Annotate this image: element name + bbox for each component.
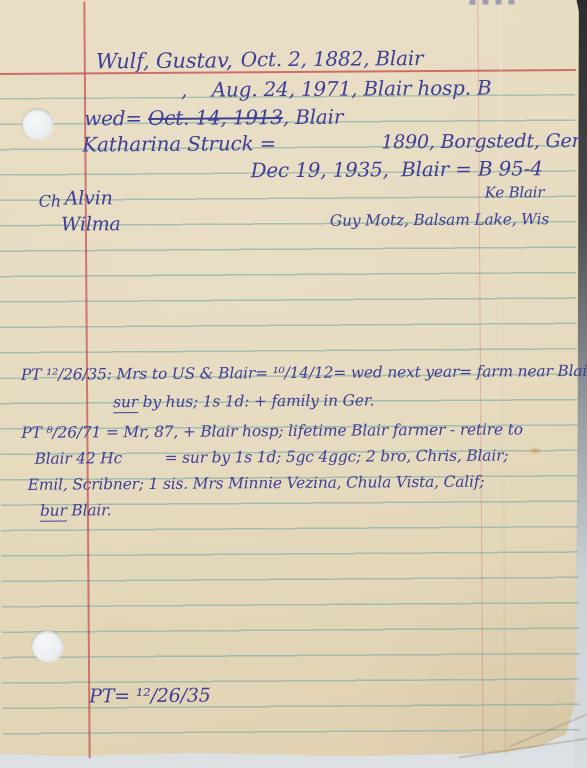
spouse-name: Katharina Struck =: [82, 131, 276, 156]
cut-off-ink-mark: [469, 0, 519, 5]
birth-date-place: Oct. 2, 1882, Blair: [241, 46, 424, 71]
spouse-death: Dec 19, 1935, Blair = B 95-4: [250, 156, 542, 182]
source-citation-footer: PT= ¹²/26/35: [89, 685, 211, 708]
note-text: Blair.: [67, 501, 112, 519]
obituary-note-2-line-3: Emil, Scribner; 1 sis. Mrs Minnie Vezina…: [28, 473, 485, 494]
spouse-birth: 1890, Borgstedt, Ger: [381, 130, 580, 153]
hole-punch-top: [22, 109, 53, 140]
marriage-line: wed= Oct. 14, 1913, Blair: [84, 105, 343, 131]
struck-marriage-date: Oct. 14, 1913: [148, 105, 283, 130]
obituary-note-2-line-2: Blair 42 Hc = sur by 1s 1d; 5gc 4ggc; 2 …: [34, 446, 508, 467]
obituary-note-1-line-2: sur by hus; 1s 1d: + family in Ger.: [113, 391, 374, 411]
scanned-genealogy-card: { "card": { "name": "Wulf, Gustav,", "bi…: [0, 0, 587, 768]
page-content: Wulf, Gustav, Oct. 2, 1882, Blair , Aug.…: [0, 0, 583, 762]
death-date-place: , Aug. 24, 1971, Blair hosp. B: [181, 76, 492, 102]
underlined-word: sur: [113, 393, 138, 413]
surname-given-name: Wulf, Gustav,: [96, 48, 233, 73]
underlined-word: bur: [40, 502, 67, 522]
hole-punch-bottom: [32, 631, 63, 662]
child-alvin-note: Ke Blair: [485, 183, 545, 201]
obituary-note-2-line-1: PT ⁸/26/71 = Mr, 87, + Blair hosp; lifet…: [21, 420, 523, 442]
child-name-alvin: Alvin: [65, 187, 113, 209]
child-name-wilma: Wilma: [61, 213, 121, 235]
obituary-note-2-line-4: bur Blair.: [40, 501, 112, 519]
paper-stain: [527, 446, 542, 455]
child-wilma-note: Guy Motz, Balsam Lake, Wis: [330, 210, 549, 230]
marriage-label: wed=: [84, 106, 148, 130]
note-text: by hus; 1s 1d: + family in Ger.: [138, 391, 374, 411]
marriage-place: , Blair: [283, 105, 343, 129]
children-label: Ch: [39, 192, 61, 211]
